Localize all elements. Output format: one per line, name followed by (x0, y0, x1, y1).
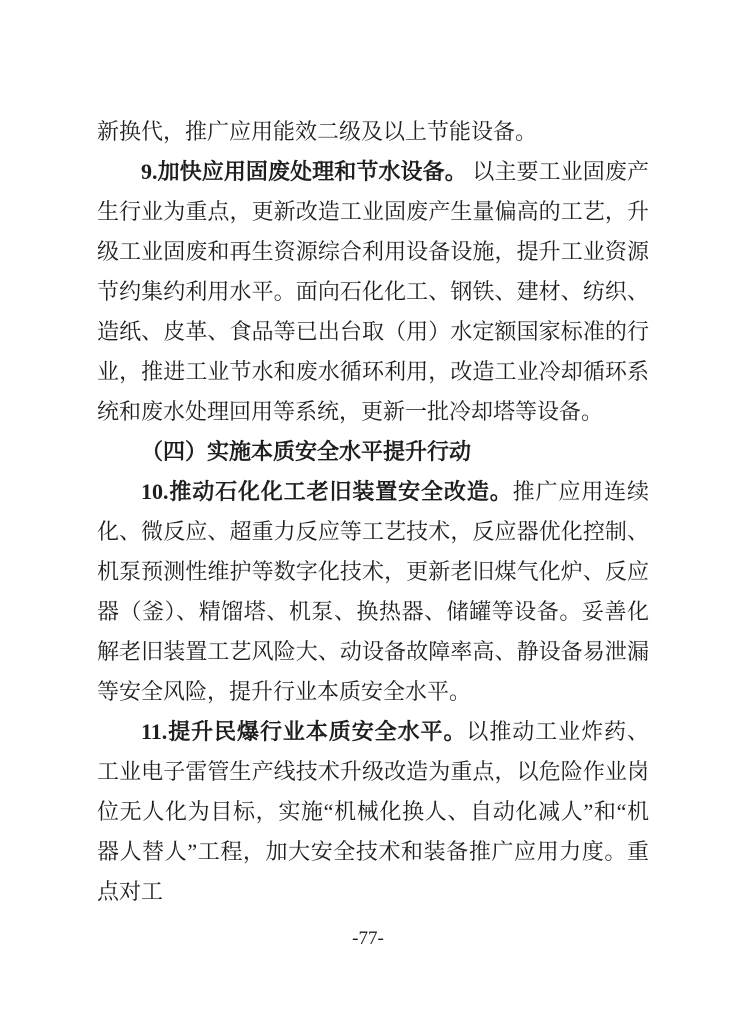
text-segment: 推广应用连续化、微反应、超重力反应等工艺技术，反应器优化控制、机泵预测性维护等数… (97, 479, 649, 704)
paragraph: 10.推动石化化工老旧装置安全改造。推广应用连续化、微反应、超重力反应等工艺技术… (97, 472, 649, 712)
text-segment: 新换代，推广应用能效二级及以上节能设备。 (97, 119, 537, 144)
text-segment: 以推动工业炸药、工业电子雷管生产线技术升级改造为重点，以危险作业岗位无人化为目标… (97, 719, 649, 904)
paragraph: 9.加快应用固废处理和节水设备。 以主要工业固废产生行业为重点，更新改造工业固废… (97, 152, 649, 432)
page-number: -77- (352, 928, 384, 949)
text-segment: 以主要工业固废产生行业为重点，更新改造工业固废产生量偏高的工艺，升级工业固废和再… (97, 159, 649, 424)
page-footer: -77- (0, 927, 736, 951)
bold-text-segment: 10.推动石化化工老旧装置安全改造。 (141, 479, 513, 504)
bold-text-segment: 9.加快应用固废处理和节水设备。 (141, 159, 467, 184)
bold-text-segment: （四）实施本质安全水平提升行动 (141, 439, 471, 464)
paragraph: 新换代，推广应用能效二级及以上节能设备。 (97, 112, 649, 152)
document-body: 新换代，推广应用能效二级及以上节能设备。9.加快应用固废处理和节水设备。 以主要… (97, 112, 649, 912)
document-page: 新换代，推广应用能效二级及以上节能设备。9.加快应用固废处理和节水设备。 以主要… (0, 0, 736, 1009)
bold-text-segment: 11.提升民爆行业本质安全水平。 (141, 719, 466, 744)
paragraph: 11.提升民爆行业本质安全水平。以推动工业炸药、工业电子雷管生产线技术升级改造为… (97, 712, 649, 912)
section-heading: （四）实施本质安全水平提升行动 (97, 432, 649, 472)
